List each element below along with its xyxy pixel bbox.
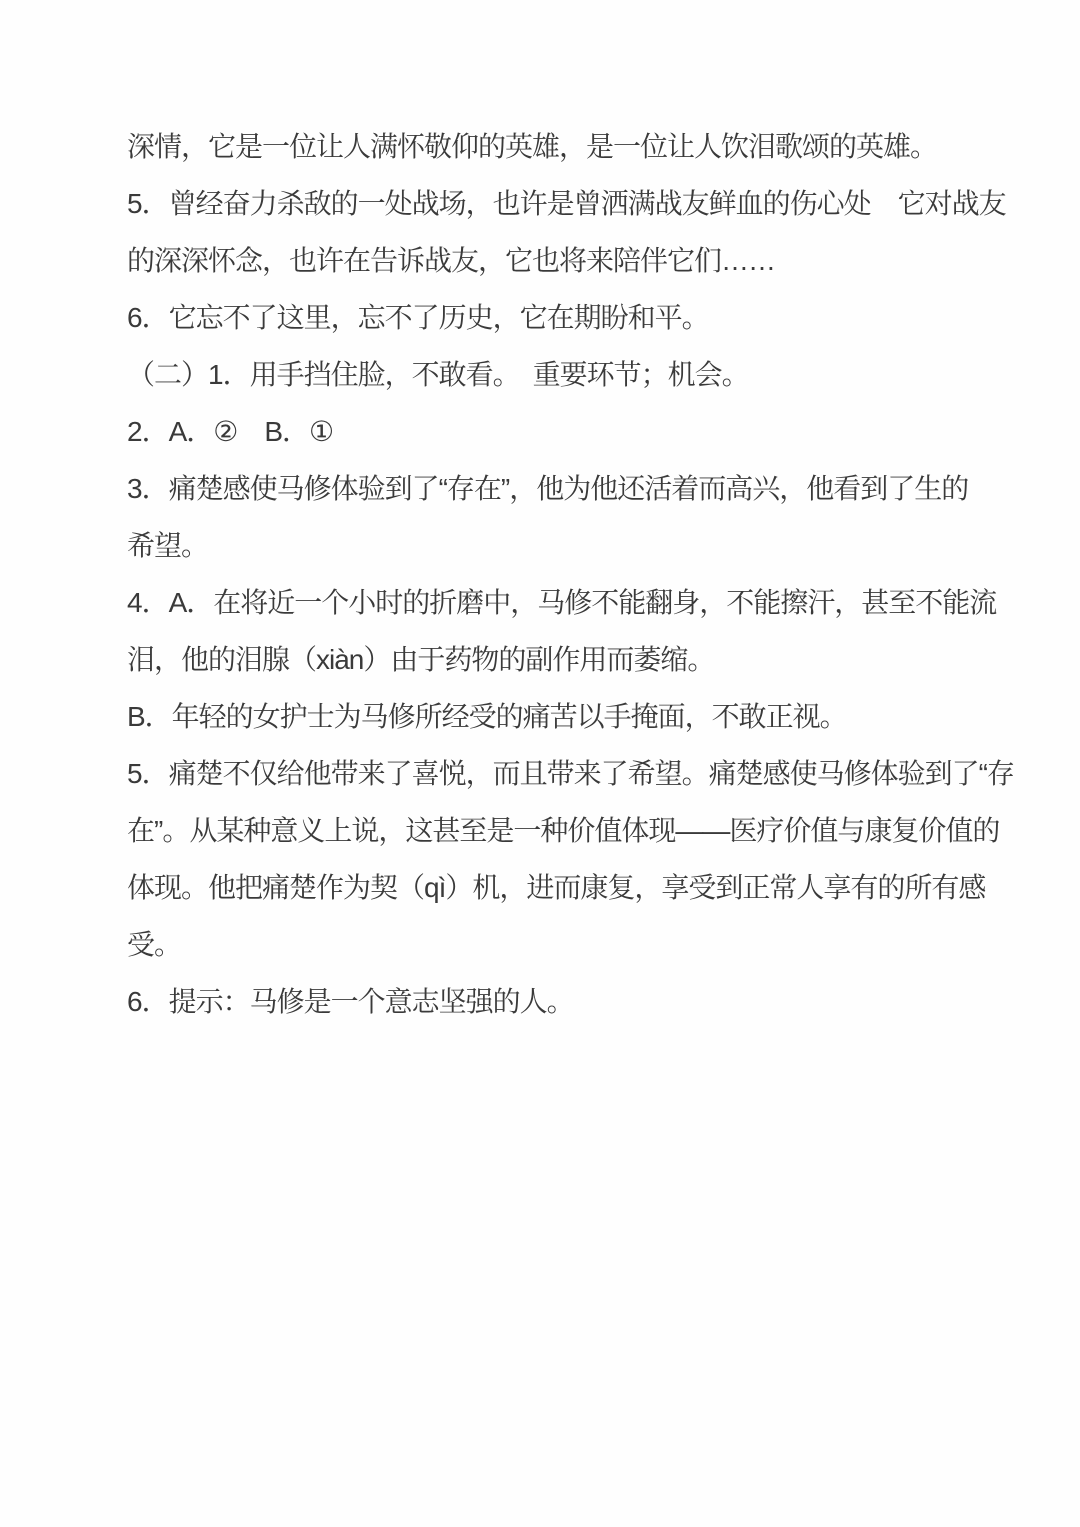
answer-text-block: 深情，它是一位让人满怀敬仰的英雄，是一位让人饮泪歌颂的英雄。5．曾经奋力杀敌的一… [127,118,982,1030]
text-line-2: 5．曾经奋力杀敌的一处战场，也许是曾洒满战友鲜血的伤心处 它对战友 [127,175,982,232]
text-line-16: 6．提示：马修是一个意志坚强的人。 [127,973,982,1030]
text-line-7: 3．痛楚感使马修体验到了“存在”，他为他还活着而高兴，他看到了生的 [127,460,982,517]
text-line-6: 2．A．② B．① [127,403,982,460]
text-line-5: （二）1．用手挡住脸，不敢看。 重要环节；机会。 [127,346,982,403]
text-line-9: 4．A．在将近一个小时的折磨中，马修不能翻身，不能擦汗，甚至不能流 [127,574,982,631]
text-line-11: B．年轻的女护士为马修所经受的痛苦以手掩面，不敢正视。 [127,688,982,745]
text-line-4: 6．它忘不了这里，忘不了历史，它在期盼和平。 [127,289,982,346]
text-line-10: 泪，他的泪腺（xiàn）由于药物的副作用而萎缩。 [127,631,982,688]
document-page: 深情，它是一位让人满怀敬仰的英雄，是一位让人饮泪歌颂的英雄。5．曾经奋力杀敌的一… [0,0,1080,1527]
text-line-14: 体现。他把痛楚作为契（qì）机，进而康复，享受到正常人享有的所有感 [127,859,982,916]
text-line-13: 在”。从某种意义上说，这甚至是一种价值体现——医疗价值与康复价值的 [127,802,982,859]
text-line-3: 的深深怀念，也许在告诉战友，它也将来陪伴它们…… [127,232,982,289]
text-line-15: 受。 [127,916,982,973]
text-line-8: 希望。 [127,517,982,574]
text-line-12: 5．痛楚不仅给他带来了喜悦，而且带来了希望。痛楚感使马修体验到了“存 [127,745,982,802]
text-line-1: 深情，它是一位让人满怀敬仰的英雄，是一位让人饮泪歌颂的英雄。 [127,118,982,175]
